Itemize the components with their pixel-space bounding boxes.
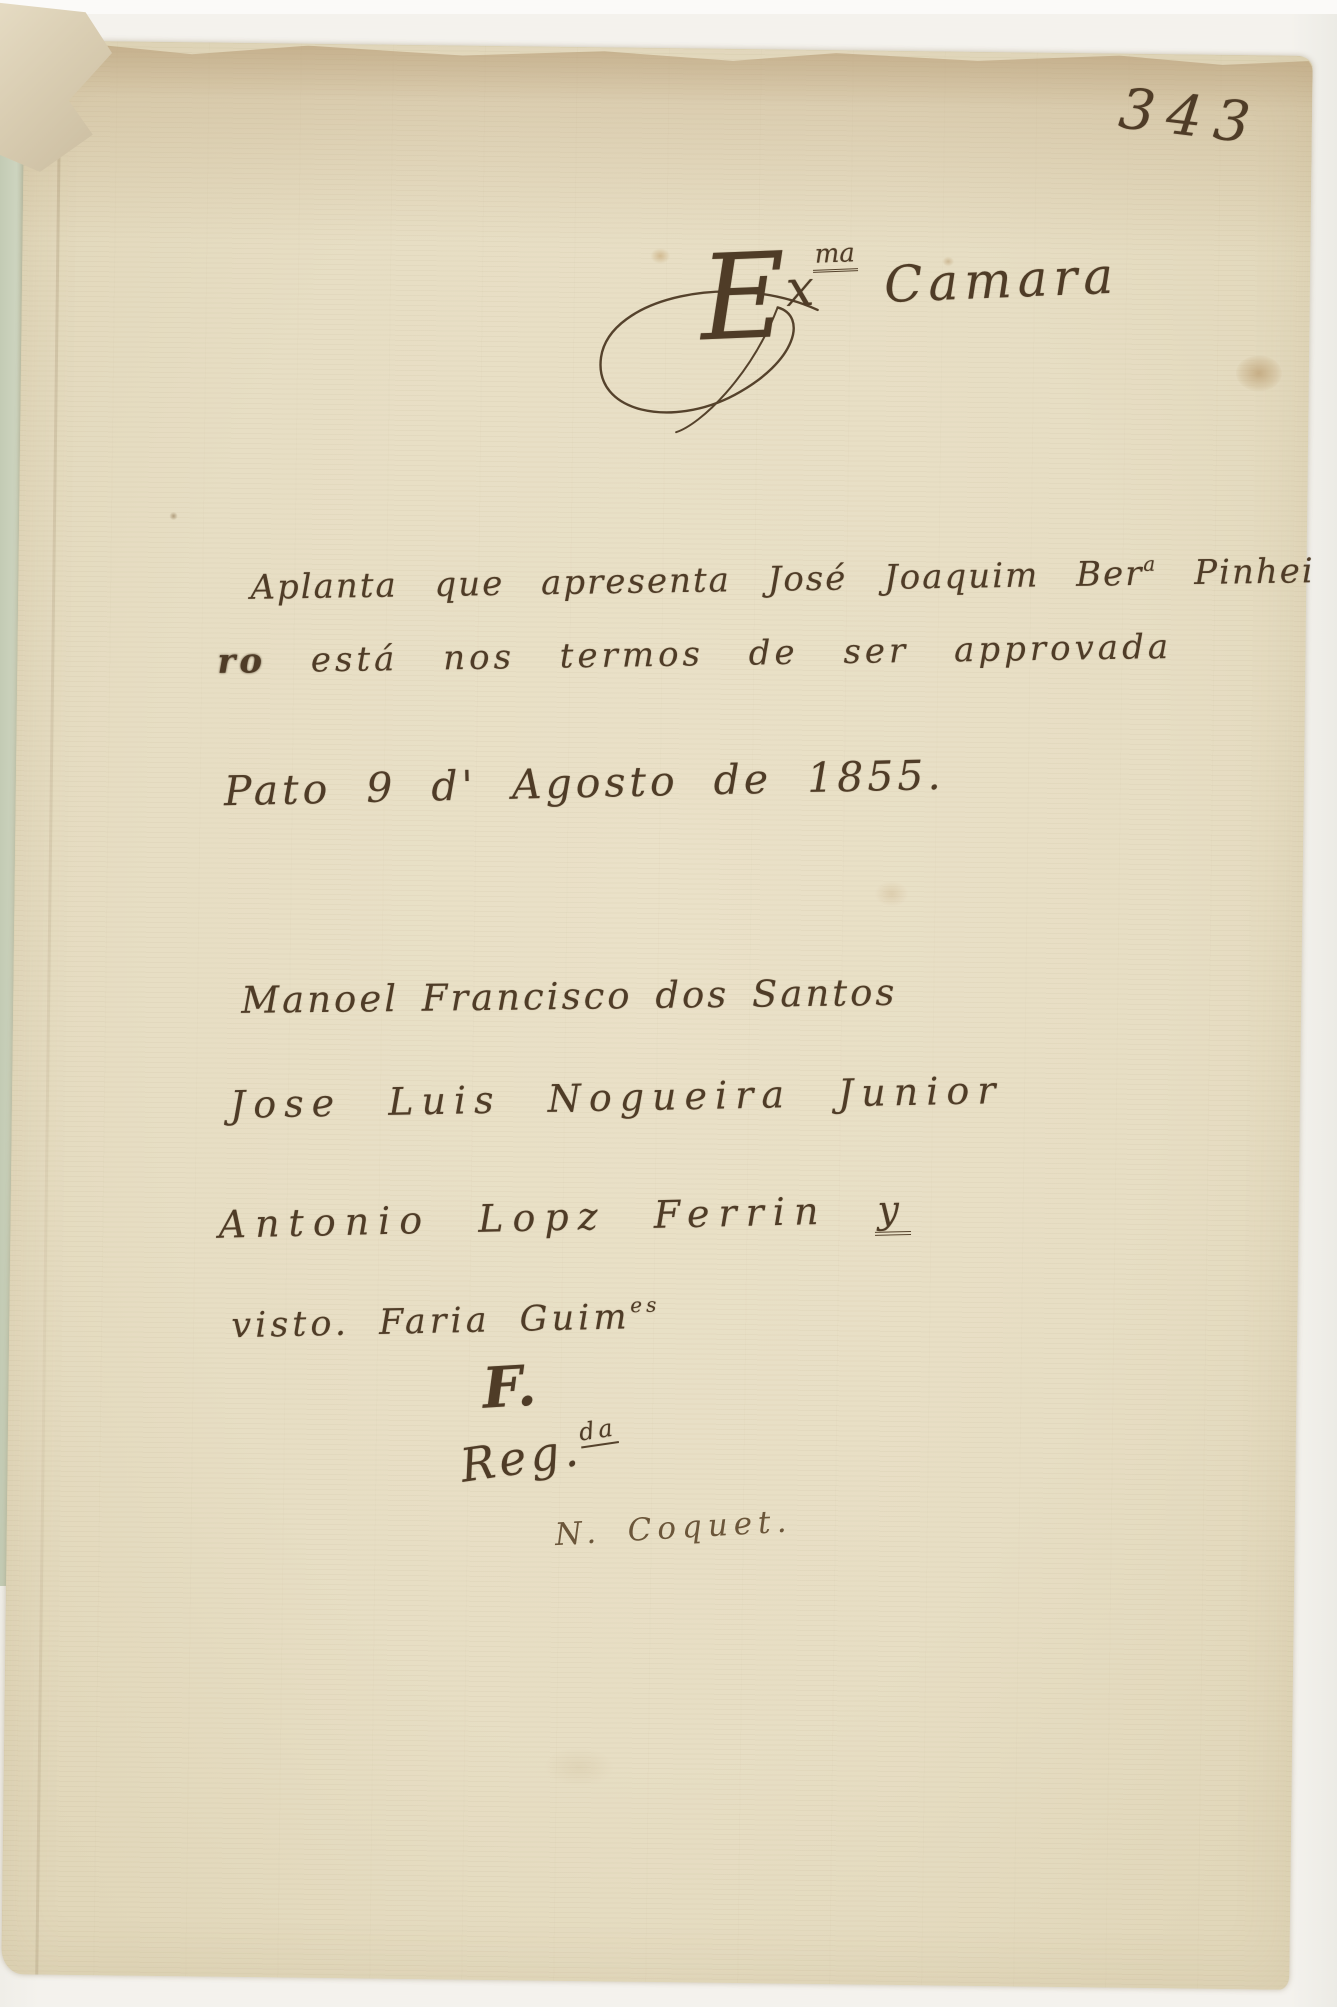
body-line-2-start: ro [217, 641, 266, 682]
registration-label: Reg. [457, 1422, 585, 1493]
registration-note: Reg.da [456, 1413, 622, 1492]
signature-1: Manoel Francisco dos Santos [241, 971, 898, 1022]
visto-line: visto. Faria Guimes [231, 1293, 661, 1347]
heading-superscript: ma [812, 238, 857, 273]
body-line-1-end: Pinhei [1194, 551, 1315, 593]
body-line-1-superscript: a [1143, 552, 1157, 576]
body-line-2: ro está nos termos de ser approvada [217, 627, 1172, 682]
registration-superscript: da [577, 1413, 619, 1448]
body-line-1-main: Aplanta que apresenta José Joaquim Ber [250, 554, 1144, 608]
signature-3-abbrev: y [874, 1187, 912, 1236]
heading-initial: E [697, 226, 789, 367]
fox-stain [874, 881, 908, 907]
ink-speck [169, 512, 178, 520]
body-line-1: Aplanta que apresenta José Joaquim Bera … [250, 549, 1315, 608]
water-stain [544, 1747, 614, 1788]
body-line-2-rest: está nos termos de ser approvada [311, 627, 1173, 681]
heading-word: Camara [883, 247, 1120, 314]
heading-text: ExmaCamara [698, 223, 1122, 358]
heading-salutation: ExmaCamara [580, 207, 583, 437]
visto-superscript: es [630, 1293, 661, 1318]
paraph-rubric: F. [481, 1353, 538, 1422]
folio-number: 343 [1116, 76, 1265, 157]
signature-2: Jose Luis Nogueira Junior [230, 1068, 1004, 1127]
signature-3: Antonio Lopz Ferrin y [218, 1187, 911, 1247]
manuscript-page: 343 ExmaCamara Aplanta que apresenta Jos… [1, 40, 1313, 1990]
dateline: Pato 9 d' Agosto de 1855. [223, 751, 945, 815]
clerk-signature: N. Coquet. [554, 1503, 793, 1553]
signature-3-name: Antonio Lopz Ferrin [218, 1189, 828, 1247]
heading-x: x [785, 259, 816, 318]
fox-stain [1236, 355, 1282, 392]
scan-top-margin [0, 0, 1337, 14]
visto-text: visto. Faria Guim [231, 1297, 631, 1346]
